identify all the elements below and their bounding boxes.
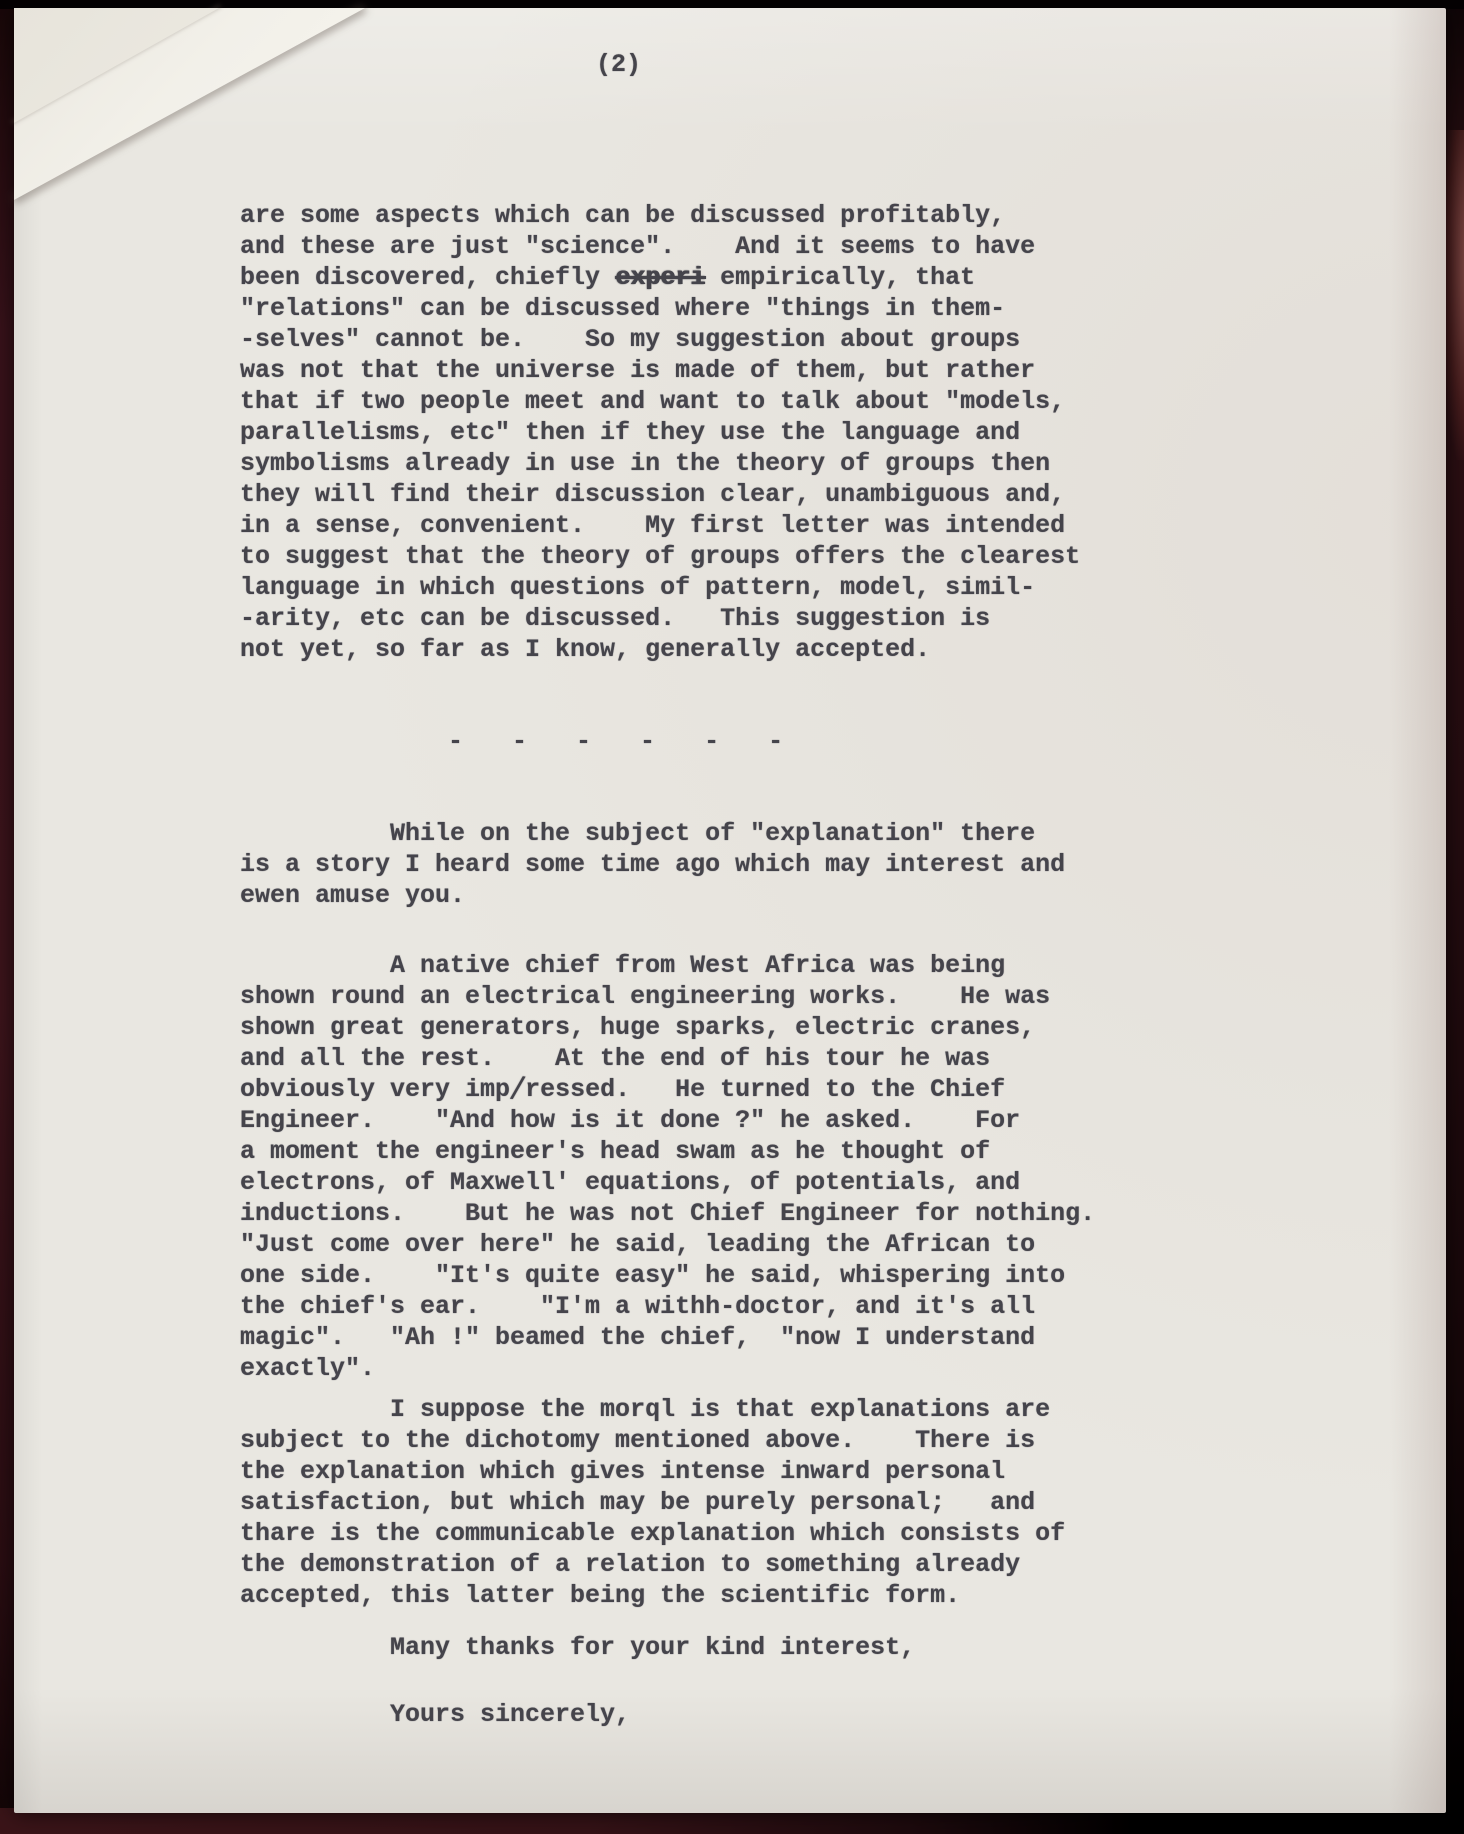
text-line: not yet, so far as I know, generally acc…	[240, 634, 1200, 665]
text-line: that if two people meet and want to talk…	[240, 386, 1200, 417]
text-line: A native chief from West Africa was bein…	[240, 950, 1200, 981]
text-line: exactly".	[240, 1353, 1200, 1384]
paragraph-closing-signoff: Yours sincerely,	[240, 1699, 1200, 1730]
text-line: "Just come over here" he said, leading t…	[240, 1229, 1200, 1260]
text-line: in a sense, convenient. My first letter …	[240, 510, 1200, 541]
text-line: is a story I heard some time ago which m…	[240, 849, 1200, 880]
text-line: shown round an electrical engineering wo…	[240, 981, 1200, 1012]
text-line: one side. "It's quite easy" he said, whi…	[240, 1260, 1200, 1291]
text-line: "relations" can be discussed where "thin…	[240, 293, 1200, 324]
text-line: are some aspects which can be discussed …	[240, 200, 1200, 231]
text-line: obviously very imp/ressed. He turned to …	[240, 1074, 1200, 1105]
text-line: - - - - - -	[240, 726, 1200, 757]
paragraph-story-intro: While on the subject of "explanation" th…	[240, 818, 1200, 911]
paragraph-moral: I suppose the morql is that explanations…	[240, 1394, 1200, 1611]
text-line: ewen amuse you.	[240, 880, 1200, 911]
text-line: satisfaction, but which may be purely pe…	[240, 1487, 1200, 1518]
text-line: the explanation which gives intense inwa…	[240, 1456, 1200, 1487]
text-line: and all the rest. At the end of his tour…	[240, 1043, 1200, 1074]
letter-body: are some aspects which can be discussed …	[240, 200, 1200, 1730]
text-line: While on the subject of "explanation" th…	[240, 818, 1200, 849]
text-line: they will find their discussion clear, u…	[240, 479, 1200, 510]
text-line: shown great generators, huge sparks, ele…	[240, 1012, 1200, 1043]
text-line: accepted, this latter being the scientif…	[240, 1580, 1200, 1611]
text-line: Many thanks for your kind interest,	[240, 1632, 1200, 1663]
text-line: electrons, of Maxwell' equations, of pot…	[240, 1167, 1200, 1198]
text-line: was not that the universe is made of the…	[240, 355, 1200, 386]
text-line: been discovered, chiefly experi empirica…	[240, 262, 1200, 293]
letter-page: (2) are some aspects which can be discus…	[14, 8, 1446, 1813]
text-line: language in which questions of pattern, …	[240, 572, 1200, 603]
paragraph-closing-thanks: Many thanks for your kind interest,	[240, 1632, 1200, 1663]
paragraph-chief-story: A native chief from West Africa was bein…	[240, 950, 1200, 1384]
text-line: Engineer. "And how is it done ?" he aske…	[240, 1105, 1200, 1136]
text-line: and these are just "science". And it see…	[240, 231, 1200, 262]
struck-out-word: experi	[615, 263, 705, 292]
text-line: I suppose the morql is that explanations…	[240, 1394, 1200, 1425]
text-line: subject to the dichotomy mentioned above…	[240, 1425, 1200, 1456]
text-line: Yours sincerely,	[240, 1699, 1200, 1730]
text-line: parallelisms, etc" then if they use the …	[240, 417, 1200, 448]
scanned-letter-photo: (2) are some aspects which can be discus…	[0, 0, 1464, 1834]
page-number: (2)	[596, 50, 641, 79]
text-line: magic". "Ah !" beamed the chief, "now I …	[240, 1322, 1200, 1353]
text-line: -arity, etc can be discussed. This sugge…	[240, 603, 1200, 634]
paragraph-opening: are some aspects which can be discussed …	[240, 200, 1200, 665]
text-line: -selves" cannot be. So my suggestion abo…	[240, 324, 1200, 355]
text-line: a moment the engineer's head swam as he …	[240, 1136, 1200, 1167]
text-line: thare is the communicable explanation wh…	[240, 1518, 1200, 1549]
text-line: the demonstration of a relation to somet…	[240, 1549, 1200, 1580]
paragraph-separator: - - - - - -	[240, 726, 1200, 757]
text-line: inductions. But he was not Chief Enginee…	[240, 1198, 1200, 1229]
text-line: the chief's ear. "I'm a withh-doctor, an…	[240, 1291, 1200, 1322]
text-line: symbolisms already in use in the theory …	[240, 448, 1200, 479]
text-line: to suggest that the theory of groups off…	[240, 541, 1200, 572]
